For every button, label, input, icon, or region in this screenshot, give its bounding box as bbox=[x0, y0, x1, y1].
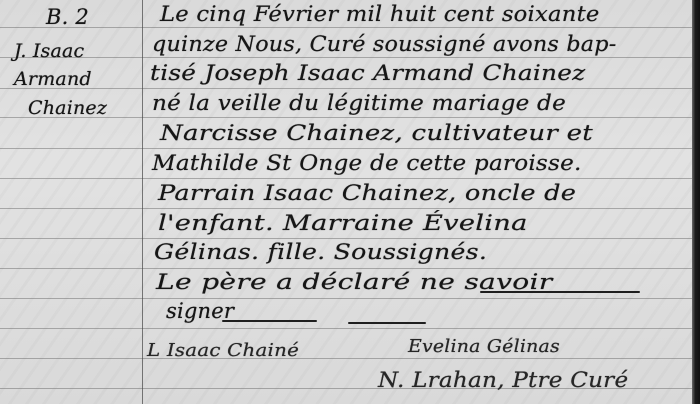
ruled-line bbox=[0, 238, 692, 239]
register-page: B. 2 J. Isaac Armand Chainez Le cinq Fév… bbox=[0, 0, 700, 404]
signature-godfather: L Isaac Chainé bbox=[147, 340, 299, 361]
entry-line-5: Narcisse Chainez, cultivateur et bbox=[160, 121, 593, 145]
entry-line-2: quinze Nous, Curé soussigné avons bap- bbox=[152, 32, 616, 56]
margin-rule bbox=[142, 0, 143, 404]
entry-line-8: l'enfant. Marraine Évelina bbox=[158, 211, 528, 235]
ruled-line bbox=[0, 27, 692, 28]
entry-line-1: Le cinq Février mil huit cent soixante bbox=[160, 2, 600, 26]
entry-line-3: tisé Joseph Isaac Armand Chainez bbox=[150, 61, 585, 85]
margin-name-line-3: Chainez bbox=[28, 97, 107, 119]
line-filler-dash bbox=[348, 322, 426, 324]
entry-line-6: Mathilde St Onge de cette paroisse. bbox=[152, 151, 582, 175]
signature-godmother: Evelina Gélinas bbox=[408, 336, 560, 357]
ruled-line bbox=[0, 208, 692, 209]
ruled-line bbox=[0, 88, 692, 89]
ruled-line bbox=[0, 298, 692, 299]
entry-line-4: né la veille du légitime mariage de bbox=[152, 91, 566, 115]
entry-line-7: Parrain Isaac Chainez, oncle de bbox=[158, 181, 576, 205]
margin-name-line-2: Armand bbox=[14, 68, 92, 90]
ruled-line bbox=[0, 358, 692, 359]
ruled-line bbox=[0, 268, 692, 269]
ruled-line bbox=[0, 148, 692, 149]
entry-number: B. 2 bbox=[46, 5, 89, 29]
binding-edge bbox=[692, 0, 700, 404]
margin-name-line-1: J. Isaac bbox=[14, 40, 84, 62]
signature-priest: N. Lrahan, Ptre Curé bbox=[378, 368, 628, 392]
ruled-line bbox=[0, 328, 692, 329]
ruled-line bbox=[0, 57, 692, 58]
ruled-line bbox=[0, 178, 692, 179]
line-filler-dash bbox=[480, 291, 640, 293]
line-filler-dash bbox=[222, 320, 317, 322]
entry-line-9: Gélinas. fille. Soussignés. bbox=[154, 240, 487, 264]
